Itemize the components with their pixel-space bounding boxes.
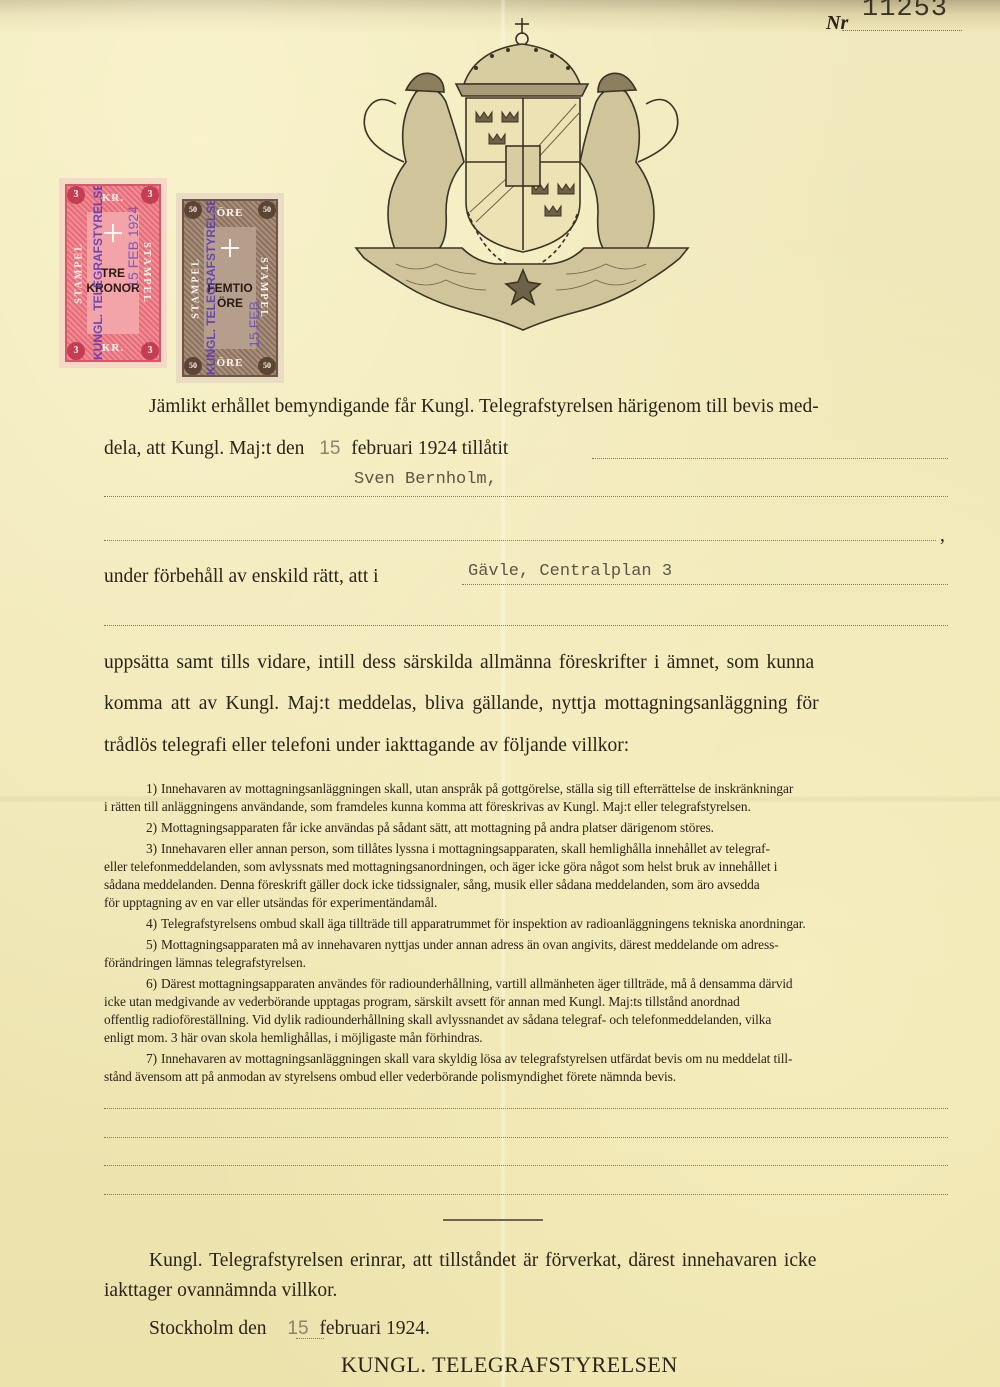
dotted-line bbox=[296, 1338, 324, 1339]
separator-rule bbox=[443, 1219, 543, 1221]
cross-icon bbox=[221, 239, 239, 257]
condition-text: eller telefonmeddelanden, som avlyssnats… bbox=[104, 858, 949, 876]
condition-text: i rätten till anläggningens användande, … bbox=[104, 798, 949, 816]
stamp-value: TRE KRONOR bbox=[67, 266, 159, 296]
conditions-list: 1)Innehavaren av mottagningsanläggningen… bbox=[104, 780, 949, 1086]
condition-number: 4) bbox=[146, 916, 157, 931]
usage-line-1: uppsätta samt tills vidare, intill dess … bbox=[104, 652, 814, 674]
stamp-corner-value: 50 bbox=[258, 201, 276, 219]
intro-line-1: Jämlikt erhållet bemyndigande får Kungl.… bbox=[149, 396, 819, 418]
blank-dotted-line bbox=[104, 1165, 948, 1166]
cancellation-overprint: KUNGL. TELEGRAFSTYRELSEN bbox=[204, 201, 218, 375]
condition-text: Innehavaren eller annan person, som till… bbox=[161, 841, 770, 856]
location-field: Gävle, Centralplan 3 bbox=[468, 562, 672, 581]
intro-line-2-prefix: dela, att Kungl. Maj:t den bbox=[104, 438, 304, 459]
condition-text: Innehavaren av mottagningsanläggningen s… bbox=[161, 1051, 792, 1066]
licensee-name-field: Sven Bernholm, bbox=[354, 470, 497, 489]
coat-of-arms-icon bbox=[336, 12, 706, 332]
intro-line-2-suffix: februari 1924 tillåtit bbox=[351, 438, 508, 459]
condition-text: offentlig radioföreställning. Vid dylik … bbox=[104, 1011, 949, 1029]
stamp-corner-value: 50 bbox=[258, 357, 276, 375]
condition-text: Därest mottagningsapparaten användes för… bbox=[161, 976, 793, 991]
stamp-value-line1: FEMTIO bbox=[184, 281, 276, 296]
stamp-corner-value: 3 bbox=[67, 342, 85, 360]
dotted-line bbox=[104, 625, 948, 626]
condition-number: 7) bbox=[146, 1051, 157, 1066]
number-label: Nr bbox=[826, 12, 848, 35]
stamp-value-line1: TRE bbox=[67, 266, 159, 281]
trailing-comma: , bbox=[940, 525, 945, 547]
issuer-signature: KUNGL. TELEGRAFSTYRELSEN bbox=[341, 1352, 678, 1378]
condition-text: Mottagningsapparaten må av innehavaren n… bbox=[161, 937, 779, 952]
condition-number: 5) bbox=[146, 937, 157, 952]
condition-number: 1) bbox=[146, 781, 157, 796]
condition-text: sådana meddelanden. Denna föreskrift gäl… bbox=[104, 876, 949, 894]
stamp-value-line2: ÖRE bbox=[184, 296, 276, 311]
usage-line-3: trådlös telegrafi eller telefoni under i… bbox=[104, 735, 629, 757]
dotted-line bbox=[462, 584, 948, 585]
revenue-stamp-3-kronor: KR. KR. 3 3 3 3 STAMPEL STAMPEL TRE KRON… bbox=[59, 178, 167, 368]
document-number: 11253 bbox=[862, 0, 948, 24]
location-line-prefix: under förbehåll av enskild rätt, att i bbox=[104, 566, 379, 588]
condition-text: Innehavaren av mottagningsanläggningen s… bbox=[161, 781, 793, 796]
cancellation-date: 15 FEB bbox=[246, 301, 262, 348]
cancellation-date: 15 FEB 1924 bbox=[125, 206, 141, 288]
blank-dotted-line bbox=[104, 1194, 948, 1195]
blank-dotted-line bbox=[104, 1108, 948, 1109]
stamp-corner-value: 3 bbox=[67, 186, 85, 204]
condition-text: Telegrafstyrelsens ombud skall äga tillt… bbox=[161, 916, 806, 931]
condition-number: 2) bbox=[146, 820, 157, 835]
issue-month-year: februari 1924. bbox=[319, 1318, 429, 1339]
condition-4: 4)Telegrafstyrelsens ombud skall äga til… bbox=[104, 915, 949, 933]
number-dotted-line bbox=[842, 30, 962, 31]
forfeiture-notice-line-1: Kungl. Telegrafstyrelsen erinrar, att ti… bbox=[149, 1250, 816, 1272]
condition-text: stånd ävensom att på anmodan av styrelse… bbox=[104, 1068, 949, 1086]
permit-day-field: 15 bbox=[319, 438, 340, 459]
blank-dotted-line bbox=[104, 1137, 948, 1138]
dotted-line bbox=[592, 458, 948, 459]
condition-3: 3)Innehavaren eller annan person, som ti… bbox=[104, 840, 949, 912]
stamp-corner-value: 50 bbox=[184, 357, 202, 375]
stamp-corner-value: 3 bbox=[141, 342, 159, 360]
stamp-corner-value: 50 bbox=[184, 201, 202, 219]
condition-text: Mottagningsapparaten får icke användas p… bbox=[161, 820, 714, 835]
condition-text: icke utan medgivande av vederbörande upp… bbox=[104, 993, 949, 1011]
condition-2: 2)Mottagningsapparaten får icke användas… bbox=[104, 819, 949, 837]
cross-icon bbox=[104, 224, 122, 242]
issue-place: Stockholm den bbox=[149, 1318, 267, 1339]
forfeiture-notice-line-2: iakttager ovannämnda villkor. bbox=[104, 1280, 337, 1302]
issue-place-date: Stockholm den 15 februari 1924. bbox=[149, 1318, 430, 1340]
dotted-line bbox=[104, 496, 948, 497]
condition-number: 6) bbox=[146, 976, 157, 991]
stamp-value: FEMTIO ÖRE bbox=[184, 281, 276, 311]
condition-text: för upptagning av en var eller utsändas … bbox=[104, 894, 949, 912]
condition-1: 1)Innehavaren av mottagningsanläggningen… bbox=[104, 780, 949, 816]
stamp-corner-value: 3 bbox=[141, 186, 159, 204]
dotted-line bbox=[104, 540, 936, 541]
condition-6: 6)Därest mottagningsapparaten användes f… bbox=[104, 975, 949, 1047]
condition-number: 3) bbox=[146, 841, 157, 856]
usage-line-2: komma att av Kungl. Maj:t meddelas, bliv… bbox=[104, 693, 819, 715]
revenue-stamp-50-ore: ÖRE ÖRE 50 50 50 50 STAMPEL STAMPEL FEMT… bbox=[176, 193, 284, 383]
condition-text: förändringen lämnas telegrafstyrelsen. bbox=[104, 954, 949, 972]
condition-7: 7)Innehavaren av mottagningsanläggningen… bbox=[104, 1050, 949, 1086]
issue-day-field: 15 bbox=[287, 1318, 308, 1339]
condition-5: 5)Mottagningsapparaten må av innehavaren… bbox=[104, 936, 949, 972]
cancellation-overprint: KUNGL. TELEGRAFSTYRELSEN bbox=[91, 186, 105, 360]
intro-line-2: dela, att Kungl. Maj:t den 15 februari 1… bbox=[104, 438, 508, 460]
condition-text: enligt mom. 3 här ovan skola hemlighålla… bbox=[104, 1029, 949, 1047]
stamp-value-line2: KRONOR bbox=[67, 281, 159, 296]
